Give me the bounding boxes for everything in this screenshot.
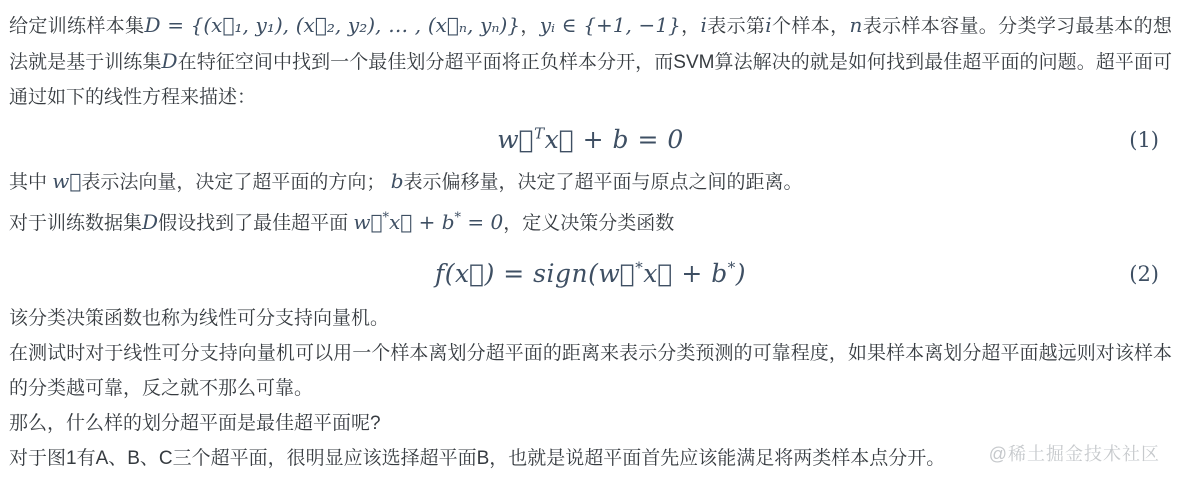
text-segment: ， <box>520 16 540 37</box>
math-sign-function: f(x⃗) = sign(w⃗ <box>435 259 635 288</box>
inline-math-w-vector: w⃗ <box>52 169 81 193</box>
equation-1-formula: w⃗Tx⃗ + b = 0 <box>497 125 684 154</box>
text-segment: ，定义决策分类函数 <box>503 213 674 234</box>
math-x-vector: x⃗ + b <box>389 210 455 234</box>
text-segment: ， <box>681 16 701 37</box>
text-segment: 表示第 <box>707 16 765 37</box>
paragraph-question: 那么，什么样的划分超平面是最佳超平面呢? <box>9 406 1172 441</box>
paragraph-best-hyperplane: 对于训练数据集D假设找到了最佳超平面 w⃗*x⃗ + b* = 0，定义决策分类… <box>9 200 1172 246</box>
text-segment: 给定训练样本集 <box>9 16 144 37</box>
math-star-superscript: * <box>728 259 736 277</box>
inline-math-dataset: D = {(x⃗₁, y₁), (x⃗₂, y₂), … , (x⃗ₙ, yₙ)… <box>144 13 520 37</box>
paragraph-linear-separable: 该分类决策函数也称为线性可分支持向量机。 <box>9 301 1172 336</box>
paragraph-test-reliability: 在测试时对于线性可分支持向量机可以用一个样本离划分超平面的距离来表示分类预测的可… <box>9 336 1172 406</box>
inline-math-D: D <box>142 210 158 234</box>
math-transpose-superscript: T <box>534 125 545 143</box>
math-x-vector: x⃗ + b <box>643 259 727 288</box>
article-content: 给定训练样本集D = {(x⃗₁, y₁), (x⃗₂, y₂), … , (x… <box>0 0 1182 476</box>
text-segment: 表示法向量，决定了超平面的方向； <box>81 172 390 193</box>
inline-math-n: n <box>849 13 862 37</box>
text-segment: 在特征空间中找到一个最佳划分超平面将正负样本分开，而SVM算法解决的就是如何找到… <box>9 52 1172 108</box>
text-segment: 对于训练数据集 <box>9 213 142 234</box>
equation-1-number: (1) <box>1129 128 1159 152</box>
inline-math-hyperplane: w⃗*x⃗ + b* = 0 <box>353 210 503 234</box>
equation-2-number: (2) <box>1129 262 1159 286</box>
text-segment: 表示偏移量，决定了超平面与原点之间的距离。 <box>404 172 803 193</box>
inline-math-b: b <box>391 169 404 193</box>
math-w-vector: w⃗ <box>353 210 382 234</box>
inline-math-label-set: yᵢ ∈ {+1, −1} <box>540 13 681 37</box>
watermark: @稀土掘金技术社区 <box>989 440 1160 466</box>
text-segment: 其中 <box>9 172 52 193</box>
math-close-paren: ) <box>736 259 746 288</box>
math-rest: x⃗ + b = 0 <box>545 125 684 154</box>
equation-2-formula: f(x⃗) = sign(w⃗*x⃗ + b*) <box>435 259 746 288</box>
text-segment: 假设找到了最佳超平面 <box>158 213 353 234</box>
equation-1-row: w⃗Tx⃗ + b = 0 (1) <box>9 115 1172 164</box>
inline-math-D: D <box>162 49 178 73</box>
paragraph-dataset-definition: 给定训练样本集D = {(x⃗₁, y₁), (x⃗₂, y₂), … , (x… <box>9 8 1172 115</box>
text-segment: 个样本， <box>772 16 850 37</box>
paragraph-normal-vector: 其中 w⃗表示法向量，决定了超平面的方向； b表示偏移量，决定了超平面与原点之间… <box>9 164 1172 200</box>
math-w-vector: w⃗ <box>497 125 534 154</box>
equation-2-row: f(x⃗) = sign(w⃗*x⃗ + b*) (2) <box>9 246 1172 301</box>
math-equals-zero: = 0 <box>461 210 503 234</box>
